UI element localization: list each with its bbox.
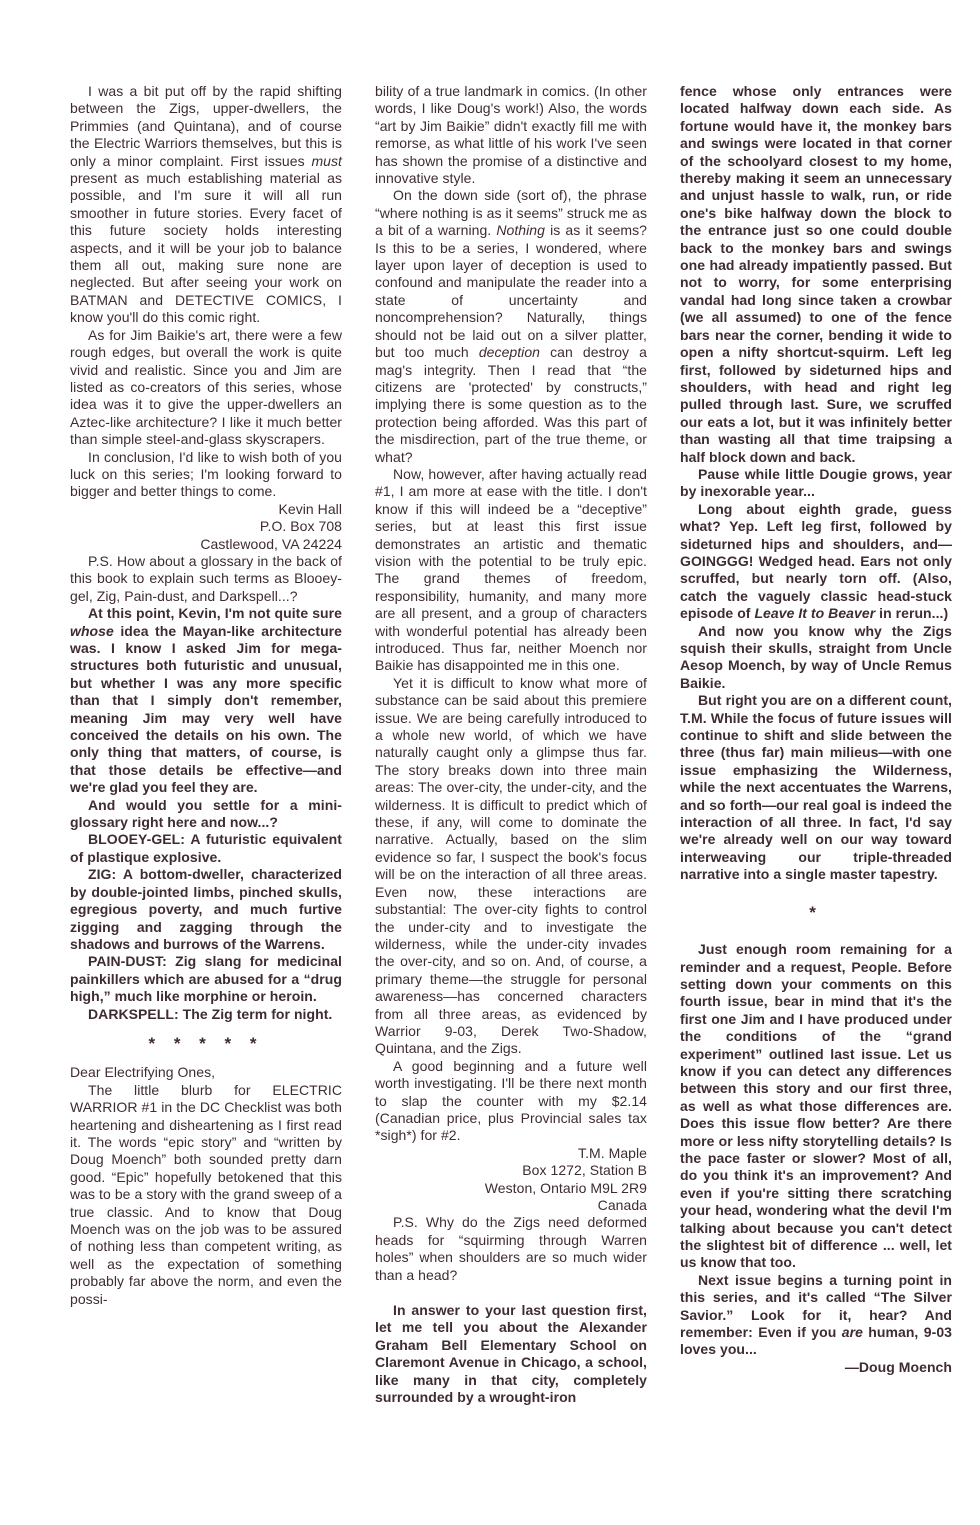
signature-line: Weston, Ontario M9L 2R9 — [375, 1180, 647, 1197]
letters-columns: I was a bit put off by the rapid shiftin… — [70, 83, 952, 1406]
letters-column-2: bility of a true landmark in comics. (In… — [375, 83, 647, 1406]
letter-paragraph: Dear Electrifying Ones, — [70, 1064, 342, 1081]
letter-paragraph: At this point, Kevin, I'm not quite sure… — [70, 605, 342, 796]
letter-paragraph: In conclusion, I'd like to wish both of … — [70, 449, 342, 501]
letter-paragraph: But right you are on a different count, … — [680, 692, 952, 883]
signature-line: P.O. Box 708 — [70, 518, 342, 535]
letter-paragraph: ZIG: A bottom-dweller, characterized by … — [70, 866, 342, 953]
letters-page: I was a bit put off by the rapid shiftin… — [0, 0, 980, 1525]
signature-line: T.M. Maple — [375, 1145, 647, 1162]
letter-paragraph: BLOOEY-GEL: A futuristic equivalent of p… — [70, 831, 342, 866]
section-separator: * — [680, 904, 952, 921]
emphasized-text: are — [842, 1324, 863, 1340]
signature-line: Box 1272, Station B — [375, 1162, 647, 1179]
letter-paragraph: A good beginning and a future well worth… — [375, 1058, 647, 1145]
section-separator: * * * * * — [70, 1035, 342, 1052]
signature-line: Kevin Hall — [70, 501, 342, 518]
letter-paragraph: DARKSPELL: The Zig term for night. — [70, 1006, 342, 1023]
letters-column-1: I was a bit put off by the rapid shiftin… — [70, 83, 342, 1406]
letter-paragraph: bility of a true landmark in comics. (In… — [375, 83, 647, 187]
letter-paragraph: fence whose only entrances were located … — [680, 83, 952, 466]
letter-paragraph: Just enough room remaining for a reminde… — [680, 941, 952, 1272]
letter-paragraph: On the down side (sort of), the phrase “… — [375, 187, 647, 466]
letter-paragraph: The little blurb for ELECTRIC WARRIOR #1… — [70, 1082, 342, 1308]
letter-paragraph: Next issue begins a turning point in thi… — [680, 1272, 952, 1359]
letter-paragraph: Long about eighth grade, guess what? Yep… — [680, 501, 952, 623]
letter-paragraph: As for Jim Baikie's art, there were a fe… — [70, 327, 342, 449]
signature-line: —Doug Moench — [680, 1359, 952, 1376]
emphasized-text: deception — [479, 344, 540, 360]
letter-paragraph: Yet it is difficult to know what more of… — [375, 675, 647, 1058]
emphasized-text: whose — [70, 623, 114, 639]
letter-paragraph: In answer to your last question first, l… — [375, 1302, 647, 1406]
signature-line: Castlewood, VA 24224 — [70, 536, 342, 553]
emphasized-text: Nothing — [496, 222, 545, 238]
letters-column-3: fence whose only entrances were located … — [680, 83, 952, 1406]
letter-paragraph: Pause while little Dougie grows, year by… — [680, 466, 952, 501]
letter-paragraph: And would you settle for a mini-glossary… — [70, 797, 342, 832]
emphasized-text: must — [311, 153, 342, 169]
emphasized-text: Leave It to Beaver — [754, 605, 875, 621]
letter-paragraph: I was a bit put off by the rapid shiftin… — [70, 83, 342, 327]
letter-paragraph: Now, however, after having actually read… — [375, 466, 647, 675]
letter-paragraph: P.S. Why do the Zigs need deformed heads… — [375, 1214, 647, 1284]
letter-paragraph: P.S. How about a glossary in the back of… — [70, 553, 342, 605]
letter-paragraph: PAIN-DUST: Zig slang for medicinal paink… — [70, 953, 342, 1005]
letter-paragraph: And now you know why the Zigs squish the… — [680, 623, 952, 693]
signature-line: Canada — [375, 1197, 647, 1214]
